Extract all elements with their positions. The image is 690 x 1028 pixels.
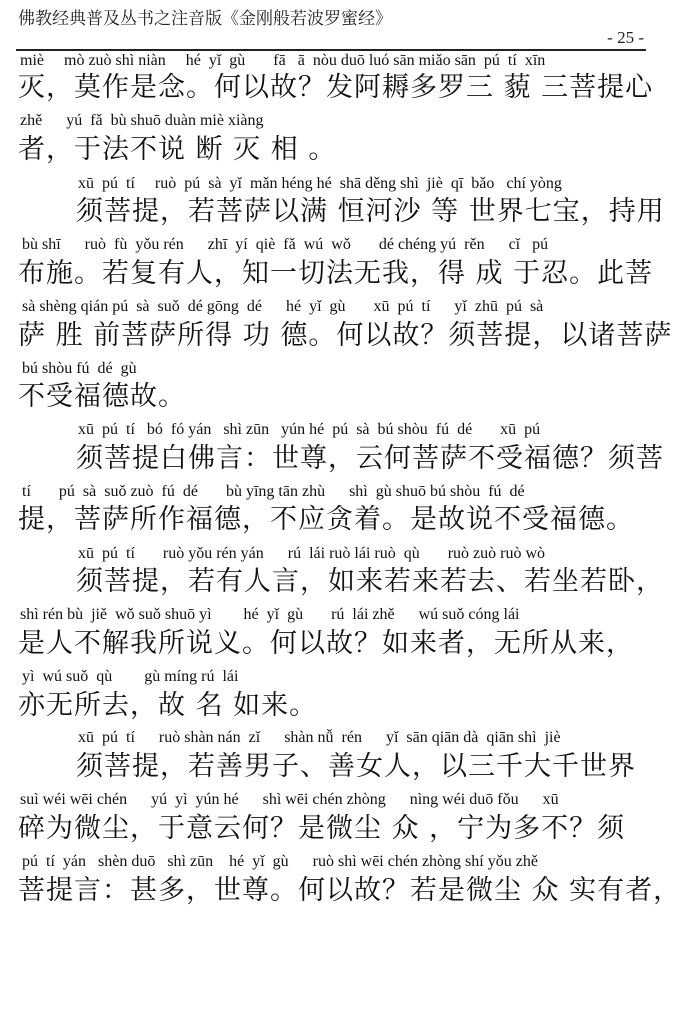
pinyin-line: tí pú sà suǒ zuò fú dé bù yīng tān zhù s… bbox=[22, 483, 525, 501]
pinyin-line: xū pú tí bó fó yán shì zūn yún hé pú sà … bbox=[78, 421, 540, 439]
pinyin-line: miè mò zuò shì niàn hé yǐ gù fā ā nòu du… bbox=[20, 52, 545, 70]
hanzi-line: 者，于法不说 断 灭 相 。 bbox=[18, 134, 336, 166]
pinyin-line: sà shèng qián pú sà suǒ dé gōng dé hé yǐ… bbox=[22, 298, 543, 316]
hanzi-line: 菩提言：甚多，世尊。何以故？若是微尘 众 实有者， bbox=[18, 875, 681, 907]
hanzi-line: 灭，莫作是念。何以故？发阿耨多罗三 藐 三菩提心 bbox=[18, 72, 653, 104]
page-header-title: 佛教经典普及丛书之注音版《金刚般若波罗蜜经》 bbox=[18, 4, 392, 29]
hanzi-line: 提，菩萨所作福德，不应贪着。是故说不受福德。 bbox=[18, 504, 634, 536]
pinyin-line: shì rén bù jiě wǒ suǒ shuō yì hé yǐ gù r… bbox=[20, 606, 520, 624]
hanzi-line: 须菩提，若善男子、善女人，以三千大千世界 bbox=[76, 751, 636, 783]
hanzi-line: 须菩提白佛言：世尊，云何菩萨不受福德？须菩 bbox=[76, 443, 664, 475]
hanzi-line: 是人不解我所说义。何以故？如来者，无所从来， bbox=[18, 628, 634, 660]
hanzi-line: 须菩提，若菩萨以满 恒河沙 等 世界七宝，持用 bbox=[76, 196, 665, 228]
header-rule bbox=[16, 49, 646, 51]
pinyin-line: xū pú tí ruò pú sà yǐ mǎn héng hé shā dě… bbox=[78, 175, 562, 193]
hanzi-line: 萨 胜 前菩萨所得 功 德。何以故？须菩提，以诸菩萨 bbox=[18, 320, 672, 352]
pinyin-line: xū pú tí ruò shàn nán zǐ shàn nǚ rén yǐ … bbox=[78, 729, 561, 747]
page-number: - 25 - bbox=[607, 28, 644, 48]
pinyin-line: zhě yú fǎ bù shuō duàn miè xiàng bbox=[20, 112, 264, 130]
hanzi-line: 亦无所去，故 名 如来。 bbox=[18, 690, 317, 722]
pinyin-line: bú shòu fú dé gù bbox=[22, 360, 137, 378]
hanzi-line: 碎为微尘，于意云何？是微尘 众 ，宁为多不？须 bbox=[18, 813, 625, 845]
pinyin-line: pú tí yán shèn duō shì zūn hé yǐ gù ruò … bbox=[22, 853, 538, 871]
pinyin-line: suì wéi wēi chén yú yì yún hé shì wēi ch… bbox=[20, 791, 559, 809]
hanzi-line: 不受福德故。 bbox=[18, 381, 186, 413]
pinyin-line: bù shī ruò fù yǒu rén zhī yí qiè fǎ wú w… bbox=[22, 236, 548, 254]
pinyin-line: yì wú suǒ qù gù míng rú lái bbox=[22, 668, 238, 686]
pinyin-line: xū pú tí ruò yǒu rén yán rú lái ruò lái … bbox=[78, 545, 545, 563]
hanzi-line: 布施。若复有人，知一切法无我，得 成 于忍。此菩 bbox=[18, 258, 653, 290]
hanzi-line: 须菩提，若有人言，如来若来若去、若坐若卧， bbox=[76, 566, 664, 598]
